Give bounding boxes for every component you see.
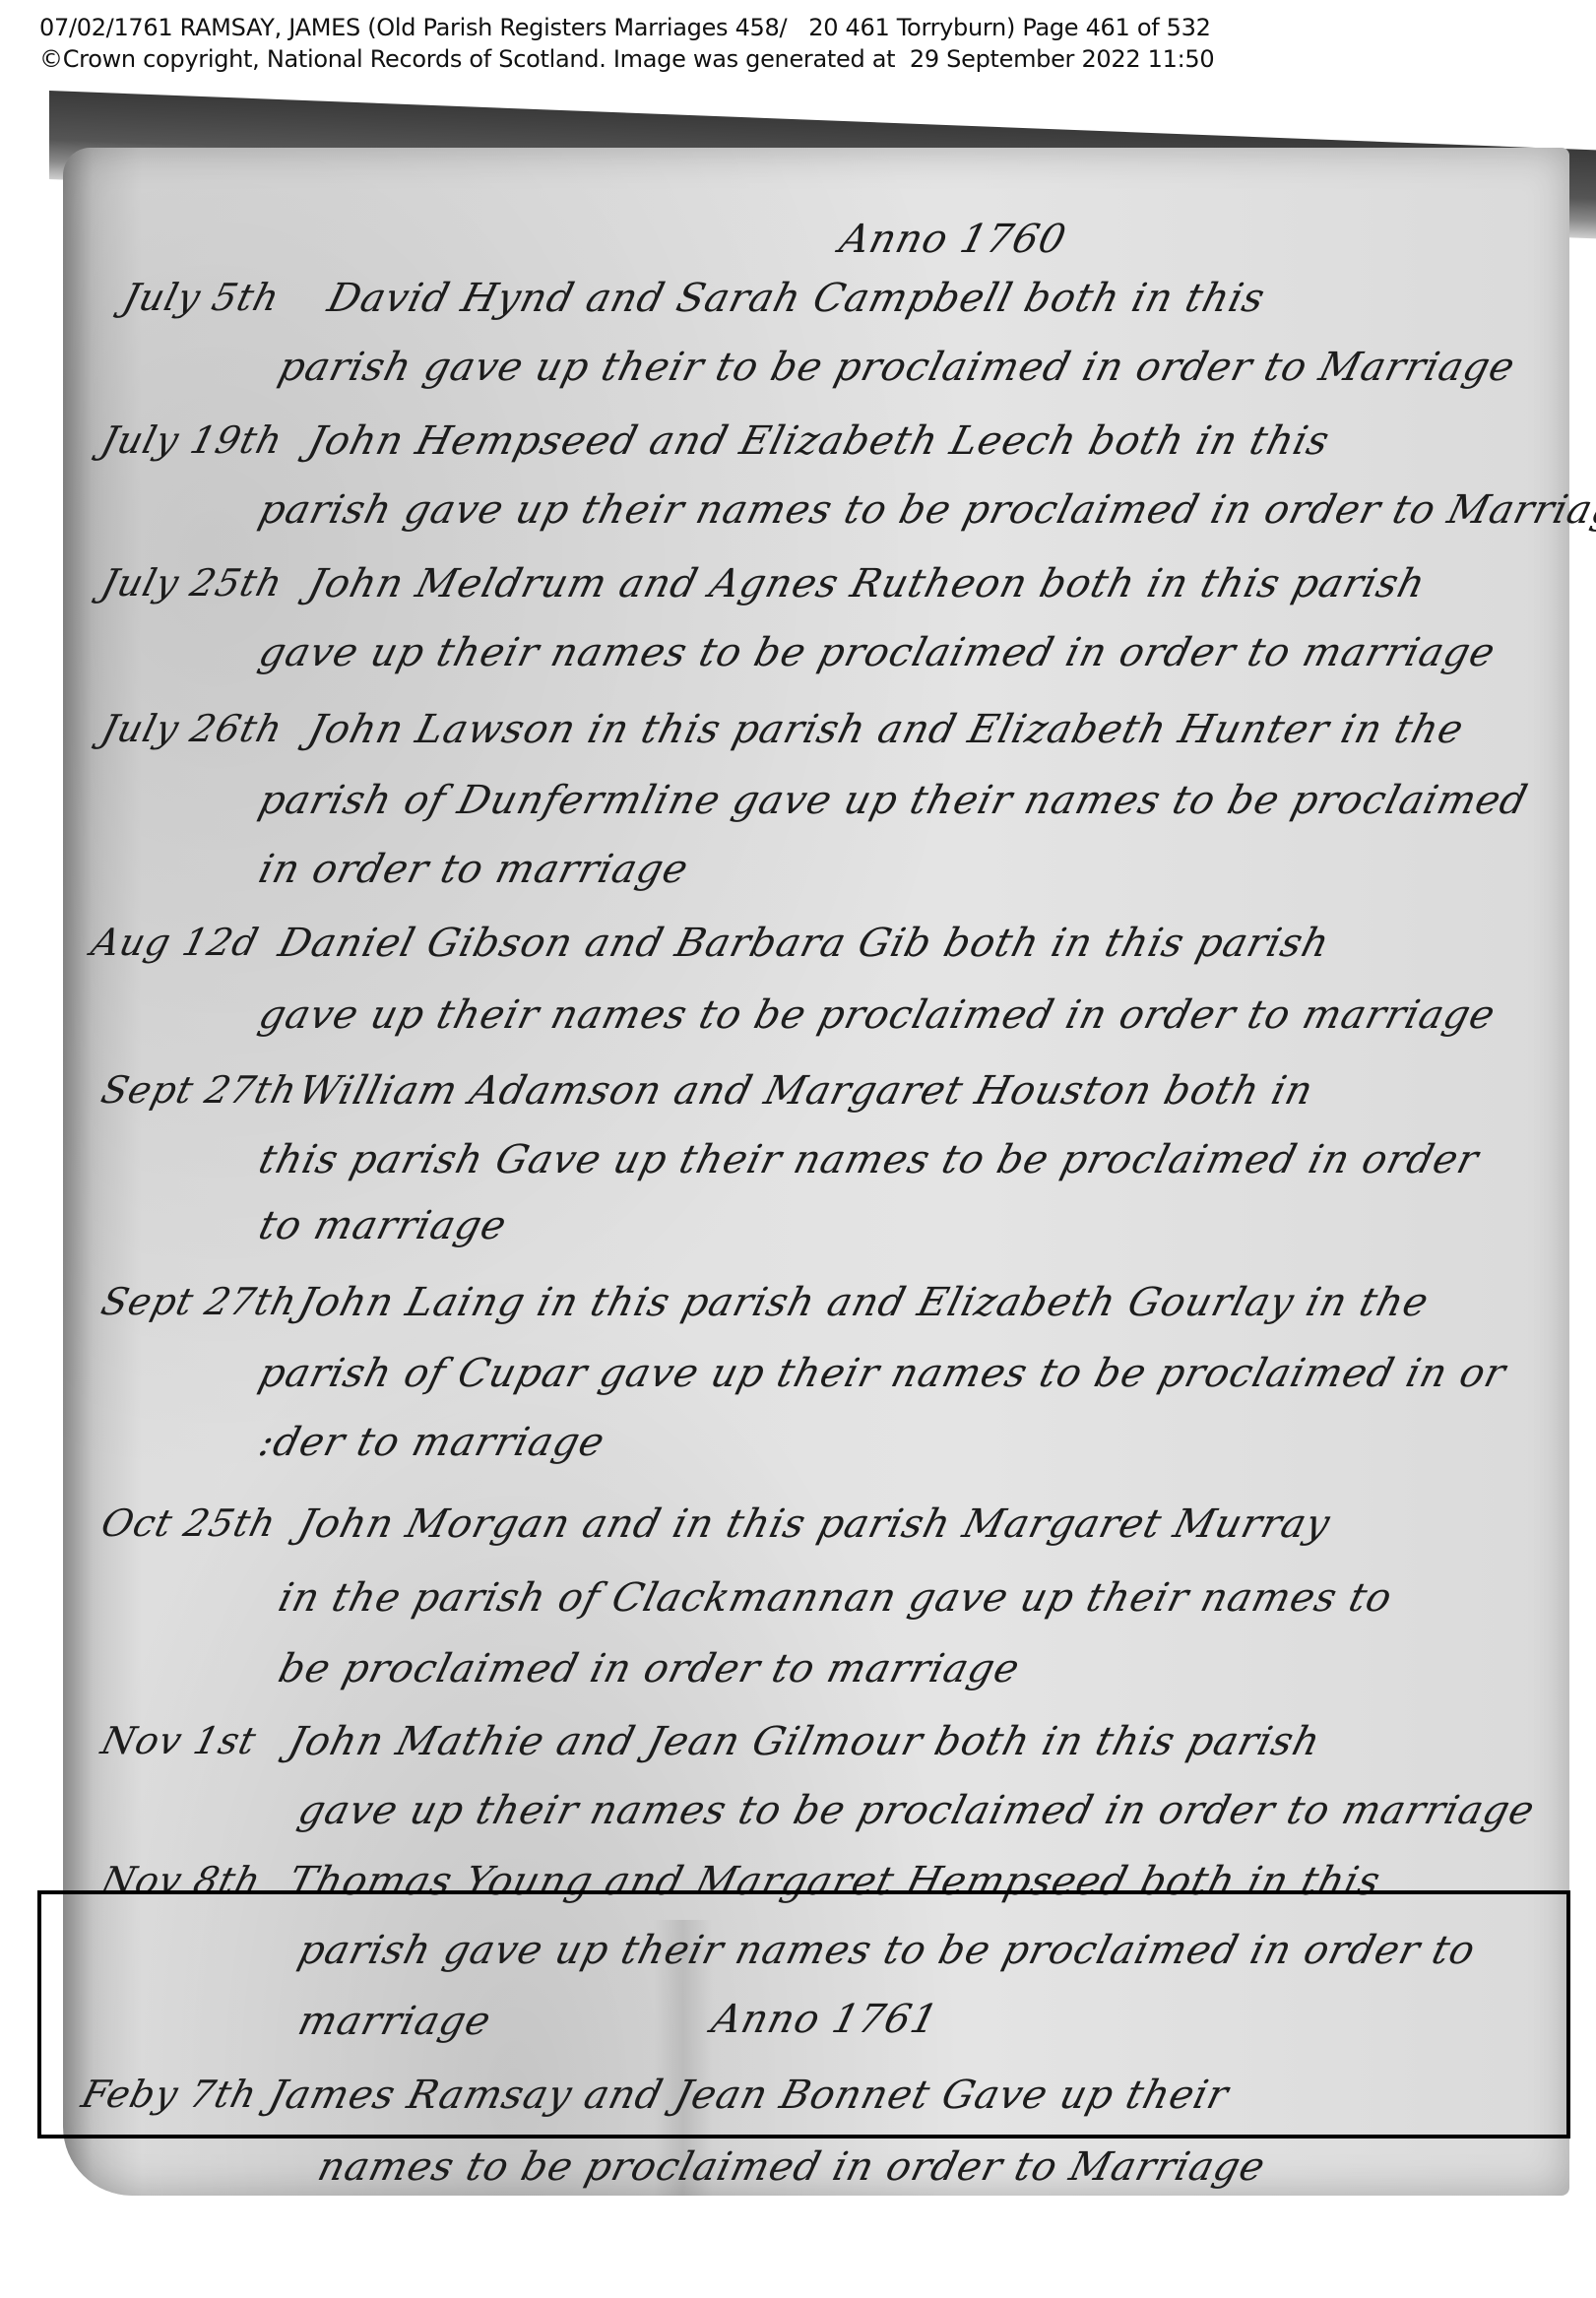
copyright-line: ©Crown copyright, National Records of Sc…: [39, 43, 1575, 75]
entry-line: parish gave up their names to be proclai…: [254, 487, 1596, 533]
entry-date: Nov 1st: [97, 1719, 262, 1762]
entry-line: John Mathie and Jean Gilmour both in thi…: [284, 1719, 1325, 1764]
entry-line: gave up their names to be proclaimed in …: [254, 630, 1500, 675]
record-header: 07/02/1761 RAMSAY, JAMES (Old Parish Reg…: [39, 12, 1575, 75]
entry-line: William Adamson and Margaret Houston bot…: [293, 1068, 1317, 1114]
entry-date: July 25th: [97, 561, 287, 605]
entry-line: John Lawson in this parish and Elizabeth…: [303, 707, 1468, 752]
entry-line: to marriage: [254, 1203, 511, 1248]
entry-line: be proclaimed in order to marriage: [274, 1646, 1024, 1692]
entry-date: July 5th: [119, 276, 285, 319]
entry-line: parish of Cupar gave up their names to b…: [254, 1351, 1510, 1396]
register-page: Anno 1760 July 5th David Hynd and Sarah …: [63, 148, 1569, 2196]
entry-date: Sept 27th: [97, 1280, 302, 1323]
entry-date: July 19th: [97, 418, 287, 462]
entry-line: John Morgan and in this parish Margaret …: [293, 1501, 1335, 1547]
entry-line: in order to marriage: [254, 847, 693, 892]
highlighted-entry-line: names to be proclaimed in order to Marri…: [313, 2144, 1270, 2190]
entry-line: parish gave up their to be proclaimed in…: [274, 345, 1519, 390]
entry-date: Oct 25th: [97, 1501, 282, 1545]
entry-date: July 26th: [97, 707, 287, 750]
entry-line: John Laing in this parish and Elizabeth …: [293, 1280, 1434, 1325]
entry-date: Aug 12d: [88, 921, 264, 964]
entry-date: Sept 27th: [97, 1068, 302, 1112]
entry-line: this parish Gave up their names to be pr…: [254, 1137, 1483, 1182]
entry-line: :der to marriage: [254, 1420, 609, 1465]
entry-line: gave up their names to be proclaimed in …: [293, 1788, 1539, 1833]
record-title-line: 07/02/1761 RAMSAY, JAMES (Old Parish Reg…: [39, 12, 1575, 43]
entry-line: in the parish of Clackmannan gave up the…: [274, 1575, 1397, 1621]
entry-line: gave up their names to be proclaimed in …: [254, 992, 1500, 1038]
entry-line: David Hynd and Sarah Campbell both in th…: [323, 276, 1270, 321]
entry-line: John Meldrum and Agnes Rutheon both in t…: [303, 561, 1430, 606]
record-highlight-box: [37, 1890, 1570, 2138]
entry-line: Daniel Gibson and Barbara Gib both in th…: [274, 921, 1334, 966]
entry-line: John Hempseed and Elizabeth Leech both i…: [303, 418, 1334, 464]
year-heading-1760: Anno 1760: [835, 217, 1070, 262]
entry-line: parish of Dunfermline gave up their name…: [254, 778, 1532, 823]
